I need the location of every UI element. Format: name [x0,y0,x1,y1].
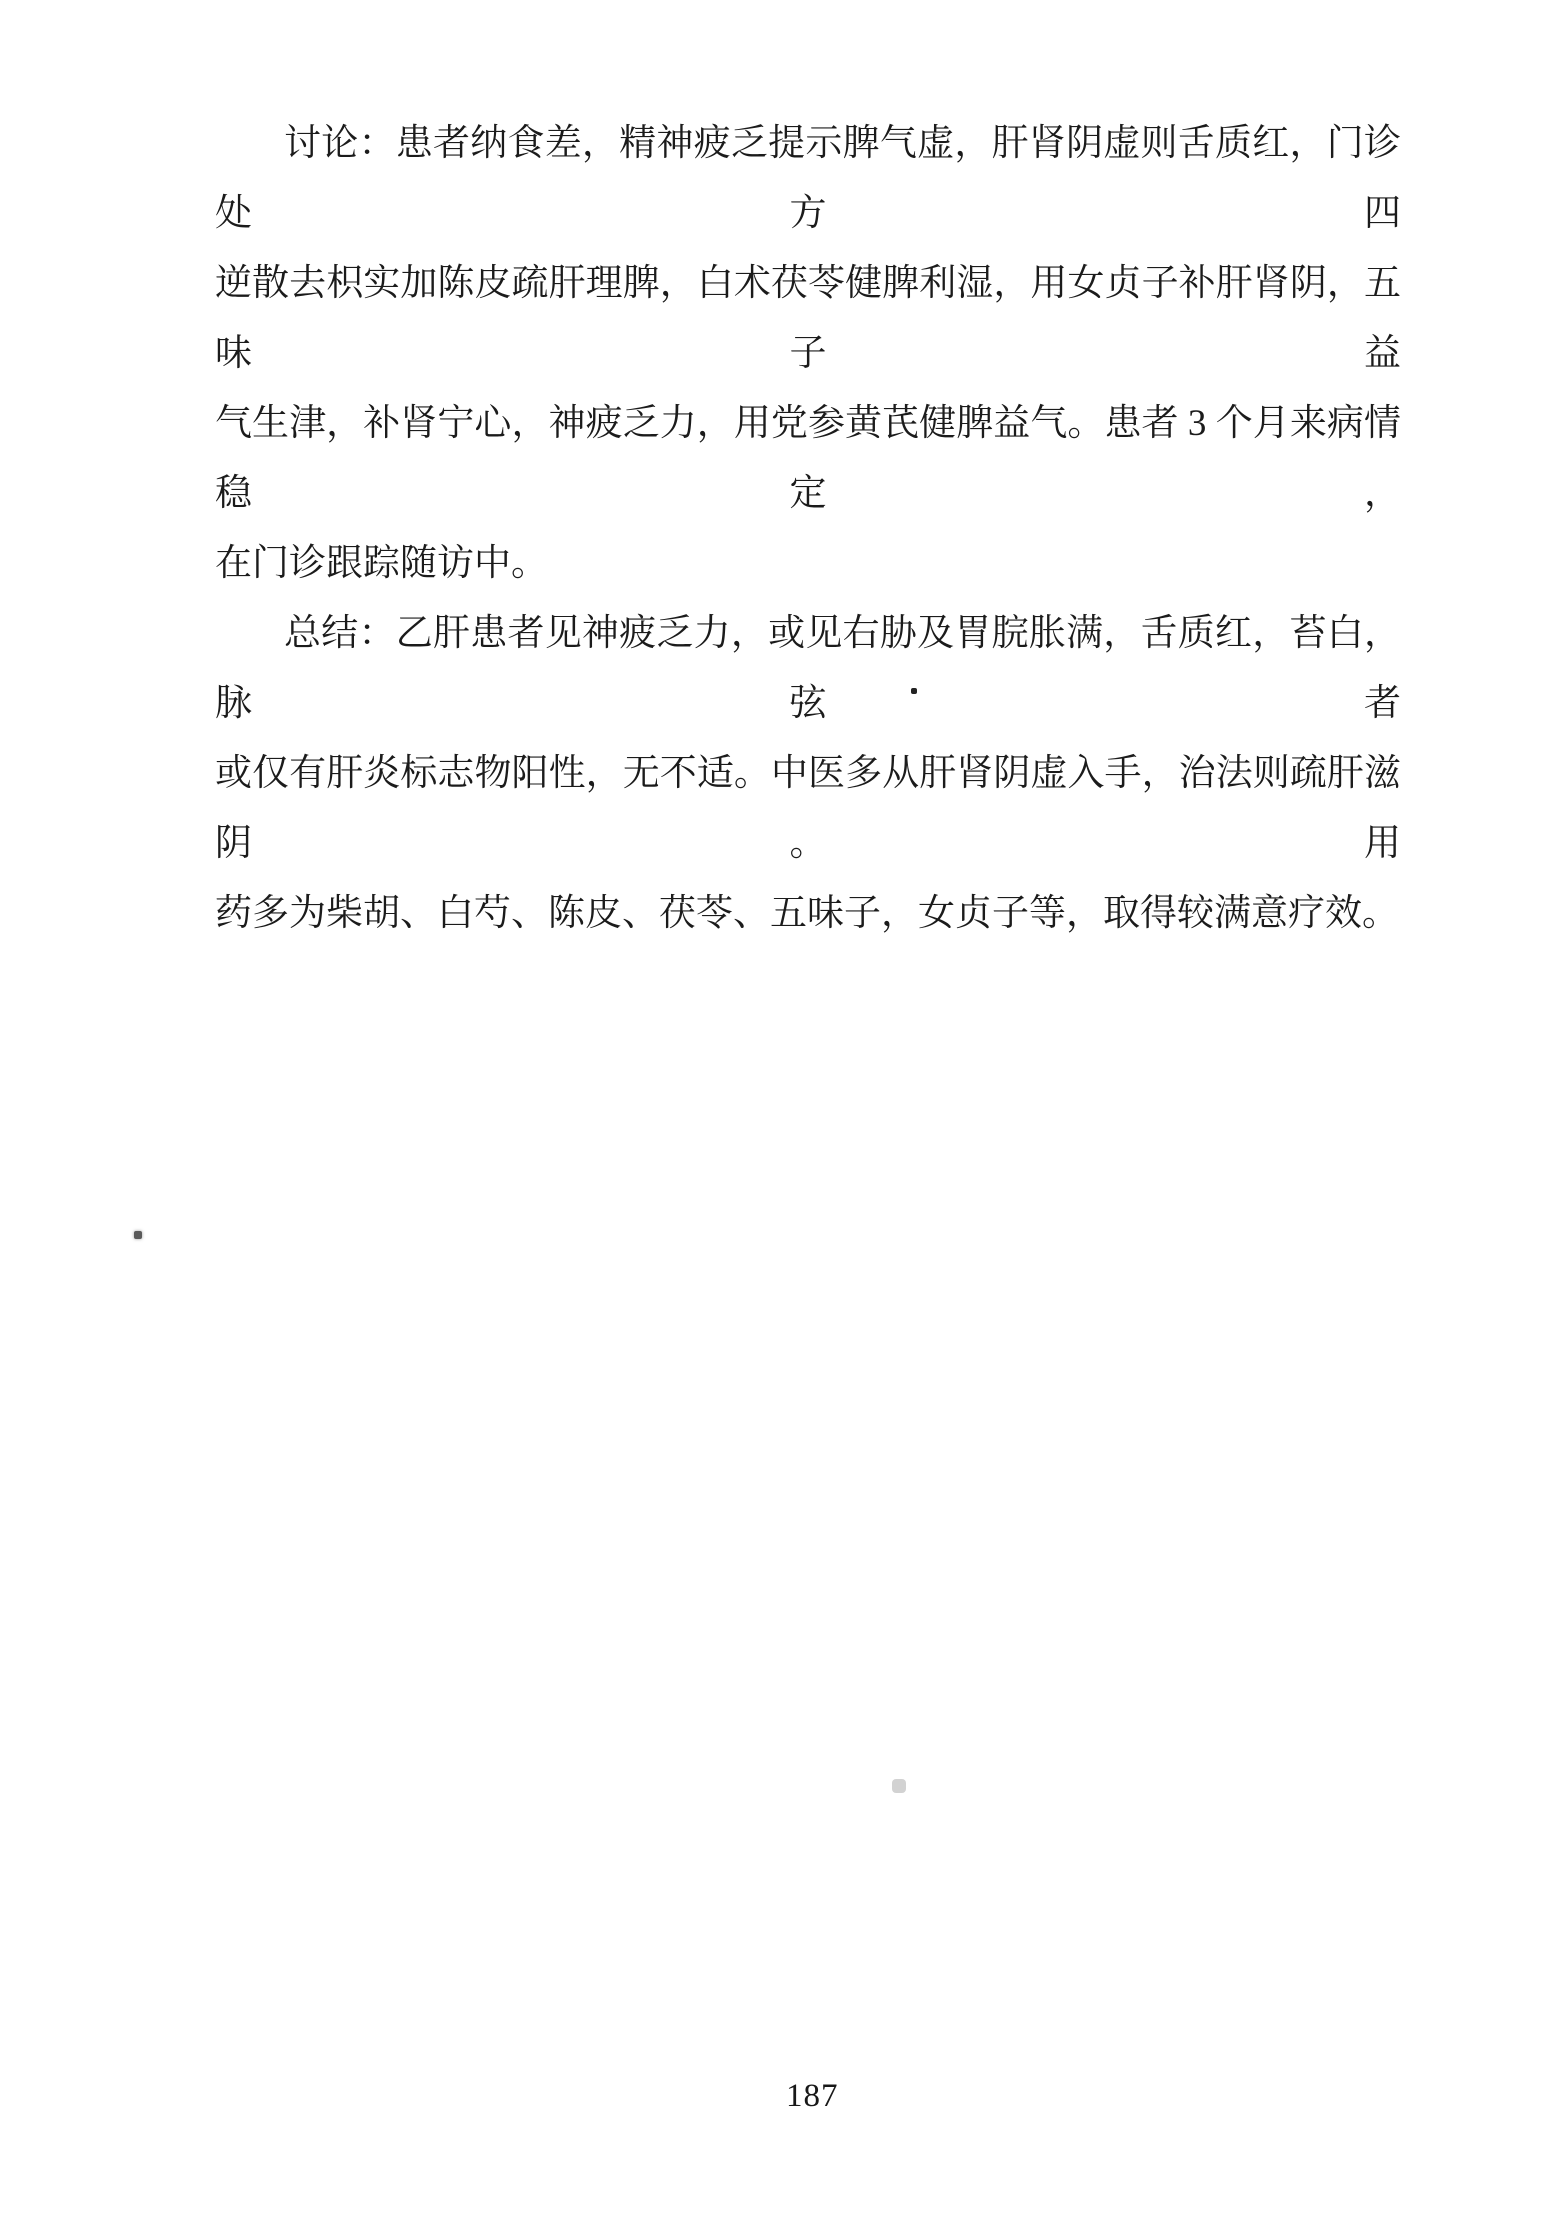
scan-speck-1 [911,688,917,694]
document-page: 讨论：患者纳食差，精神疲乏提示脾气虚，肝肾阴虚则舌质红，门诊处方四 逆散去枳实加… [0,0,1549,2225]
discussion-paragraph-line-2: 逆散去枳实加陈皮疏肝理脾，白术茯苓健脾利湿，用女贞子补肝肾阴，五味子益 [215,249,1401,389]
discussion-paragraph-line-1: 讨论：患者纳食差，精神疲乏提示脾气虚，肝肾阴虚则舌质红，门诊处方四 [215,109,1401,249]
discussion-paragraph-line-3: 气生津，补肾宁心，神疲乏力，用党参黄芪健脾益气。患者 3 个月来病情稳定， [215,389,1401,529]
summary-paragraph-line-1: 总结：乙肝患者见神疲乏力，或见右胁及胃脘胀满，舌质红，苔白，脉弦者 [215,599,1401,739]
body-text: 讨论：患者纳食差，精神疲乏提示脾气虚，肝肾阴虚则舌质红，门诊处方四 逆散去枳实加… [215,109,1401,949]
summary-paragraph-line-2: 或仅有肝炎标志物阳性，无不适。中医多从肝肾阴虚入手，治法则疏肝滋阴。用 [215,739,1401,879]
discussion-paragraph-line-4: 在门诊跟踪随访中。 [215,529,1401,599]
scan-speck-3 [892,1779,906,1793]
scan-speck-2 [134,1231,142,1239]
summary-paragraph-line-3: 药多为柴胡、白芍、陈皮、茯苓、五味子，女贞子等，取得较满意疗效。 [215,879,1401,949]
page-number: 187 [786,2078,839,2115]
